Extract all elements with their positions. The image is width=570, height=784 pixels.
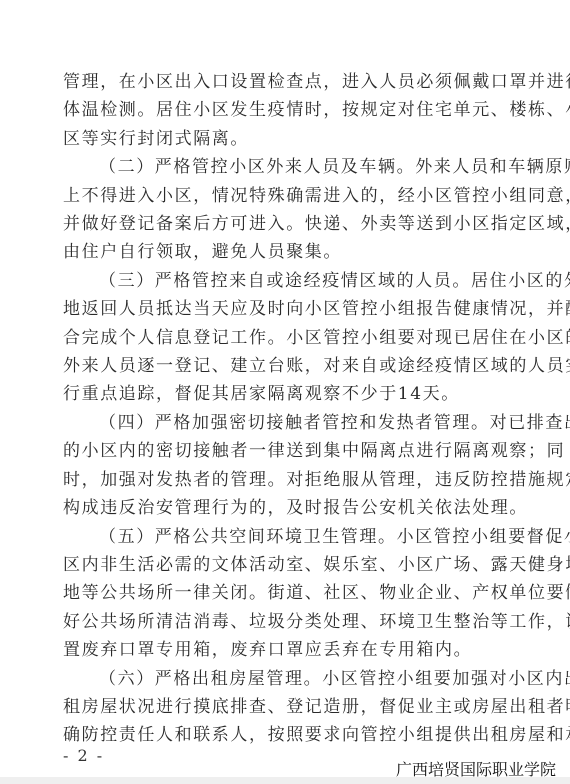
text-line: 上不得进入小区，情况特殊确需进入的，经小区管控小组同意， [63,182,503,210]
text-line: 区内非生活必需的文体活动室、娱乐室、小区广场、露天健身场 [63,551,503,579]
text-line: 区等实行封闭式隔离。 [63,125,503,153]
text-line: （五）严格公共空间环境卫生管理。小区管控小组要督促小 [63,523,503,551]
text-line: 地等公共场所一律关闭。街道、社区、物业企业、产权单位要做 [63,579,503,607]
text-line: 构成违反治安管理行为的，及时报告公安机关依法处理。 [63,494,503,522]
text-line: 置废弃口罩专用箱，废弃口罩应丢弃在专用箱内。 [63,636,503,664]
paragraph-section-5: （五）严格公共空间环境卫生管理。小区管控小组要督促小 区内非生活必需的文体活动室… [63,523,503,665]
text-line: 租房屋状况进行摸底排查、登记造册，督促业主或房屋出租者明 [63,693,503,721]
paragraph-section-6: （六）严格出租房屋管理。小区管控小组要加强对小区内出 租房屋状况进行摸底排查、登… [63,665,503,750]
paragraph-continuation: 管理，在小区出入口设置检查点，进入人员必须佩戴口罩并进行 体温检测。居住小区发生… [63,68,503,153]
paragraph-section-4: （四）严格加强密切接触者管控和发热者管理。对已排查出 的小区内的密切接触者一律送… [63,409,503,523]
paragraph-section-2: （二）严格管控小区外来人员及车辆。外来人员和车辆原则 上不得进入小区，情况特殊确… [63,153,503,267]
text-line: 地返回人员抵达当天应及时向小区管控小组报告健康情况，并配 [63,295,503,323]
document-page: 管理，在小区出入口设置检查点，进入人员必须佩戴口罩并进行 体温检测。居住小区发生… [0,0,570,777]
text-line: 时，加强对发热者的管理。对拒绝服从管理，违反防控措施规定， [63,466,503,494]
text-line: 由住户自行领取，避免人员聚集。 [63,238,503,266]
text-line: 管理，在小区出入口设置检查点，进入人员必须佩戴口罩并进行 [63,68,503,96]
paragraph-section-3: （三）严格管控来自或途经疫情区域的人员。居住小区的外 地返回人员抵达当天应及时向… [63,267,503,409]
page-bottom-edge [0,777,570,784]
document-body: 管理，在小区出入口设置检查点，进入人员必须佩戴口罩并进行 体温检测。居住小区发生… [63,68,503,750]
text-line: （二）严格管控小区外来人员及车辆。外来人员和车辆原则 [63,153,503,181]
text-line: 并做好登记备案后方可进入。快递、外卖等送到小区指定区域， [63,210,503,238]
text-line: 体温检测。居住小区发生疫情时，按规定对住宅单元、楼栋、小 [63,96,503,124]
text-line: 合完成个人信息登记工作。小区管控小组要对现已居住在小区的 [63,324,503,352]
text-line: （四）严格加强密切接触者管控和发热者管理。对已排查出 [63,409,503,437]
text-line: （六）严格出租房屋管理。小区管控小组要加强对小区内出 [63,665,503,693]
text-line: 的小区内的密切接触者一律送到集中隔离点进行隔离观察；同 [63,437,503,465]
page-number: - 2 - [63,746,104,765]
text-line: 外来人员逐一登记、建立台账，对来自或途经疫情区域的人员实 [63,352,503,380]
text-line: 确防控责任人和联系人，按照要求向管控小组提供出租房屋和承 [63,721,503,749]
text-line: 好公共场所清洁消毒、垃圾分类处理、环境卫生整治等工作，设 [63,608,503,636]
text-line: 行重点追踪，督促其居家隔离观察不少于14天。 [63,380,503,408]
text-line: （三）严格管控来自或途经疫情区域的人员。居住小区的外 [63,267,503,295]
